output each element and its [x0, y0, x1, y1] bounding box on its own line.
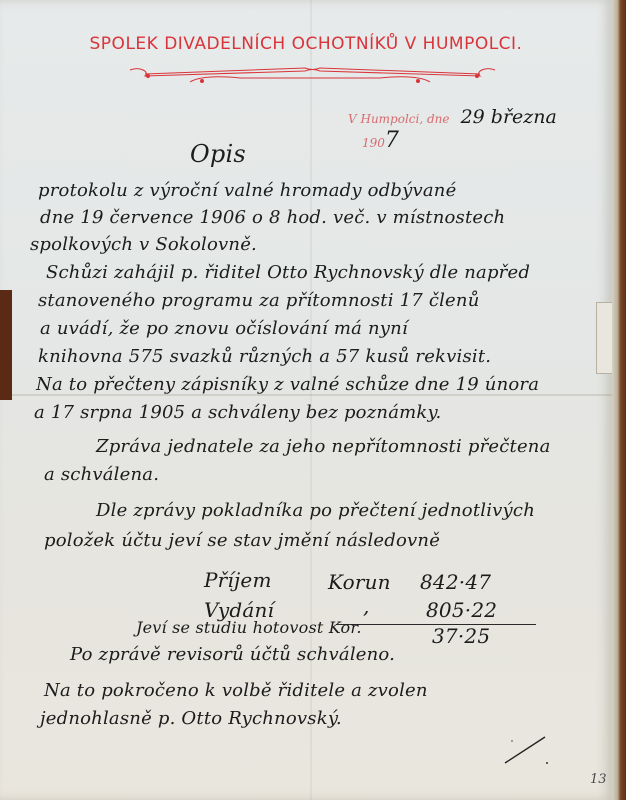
dateline-place: V Humpolci, dne: [348, 112, 450, 126]
page-number: 13: [590, 772, 607, 787]
income-label: Příjem: [204, 568, 272, 592]
heading: Opis: [190, 140, 246, 168]
body-line: stanoveného programu za přítomnosti 17 č…: [38, 290, 480, 311]
dateline-year-digit: 7: [385, 128, 399, 153]
body-line: knihovna 575 svazků různých a 57 kusů re…: [38, 346, 491, 367]
currency-label: Korun: [328, 570, 391, 594]
letterhead-title: SPOLEK DIVADELNÍCH OCHOTNÍKŮ V HUMPOLCI.: [0, 34, 612, 54]
body-line: Schůzi zahájil p. řiditel Otto Rychnovsk…: [46, 262, 530, 283]
right-page-edge: [612, 0, 626, 800]
body-line: protokolu z výroční valné hromady odbýva…: [38, 180, 456, 201]
dateline-date: 29 března: [461, 106, 557, 128]
letterhead-flourish-icon: [120, 64, 500, 86]
dateline-year-printed: 190: [362, 136, 385, 150]
balance-value: 37·25: [432, 624, 490, 648]
body-line: a uvádí, že po znovu očíslování má nyní: [40, 318, 408, 339]
body-line: položek účtu jeví se stav jmění následov…: [44, 530, 440, 551]
body-line: a 17 srpna 1905 a schváleny bez poznámky…: [34, 402, 441, 423]
ditto-mark: ,: [363, 594, 370, 618]
balance-label: Jeví se studiu hotovost Kor.: [136, 618, 362, 637]
body-line: Na to přečteny zápisníky z valné schůze …: [36, 374, 539, 395]
body-line: a schválena.: [44, 464, 159, 485]
body-line: spolkových v Sokolovně.: [30, 234, 257, 255]
income-value: 842·47: [420, 570, 491, 594]
body-line: dne 19 července 1906 o 8 hod. več. v mís…: [40, 207, 505, 228]
body-line: Zpráva jednatele za jeho nepřítomnosti p…: [96, 436, 551, 457]
end-mark-icon: [500, 735, 550, 765]
closing-line: jednohlasně p. Otto Rychnovský.: [40, 708, 342, 729]
expense-value: 805·22: [426, 598, 497, 622]
closing-line: Po zprávě revisorů účtů schváleno.: [70, 644, 395, 665]
document-sheet: SPOLEK DIVADELNÍCH OCHOTNÍKŮ V HUMPOLCI.…: [0, 0, 612, 800]
body-line: Dle zprávy pokladníka po přečtení jednot…: [96, 500, 535, 521]
binding-strip: [0, 290, 12, 400]
closing-line: Na to pokročeno k volbě řiditele a zvole…: [44, 680, 428, 701]
dateline: V Humpolci, dne 29 března 1907: [348, 106, 612, 153]
